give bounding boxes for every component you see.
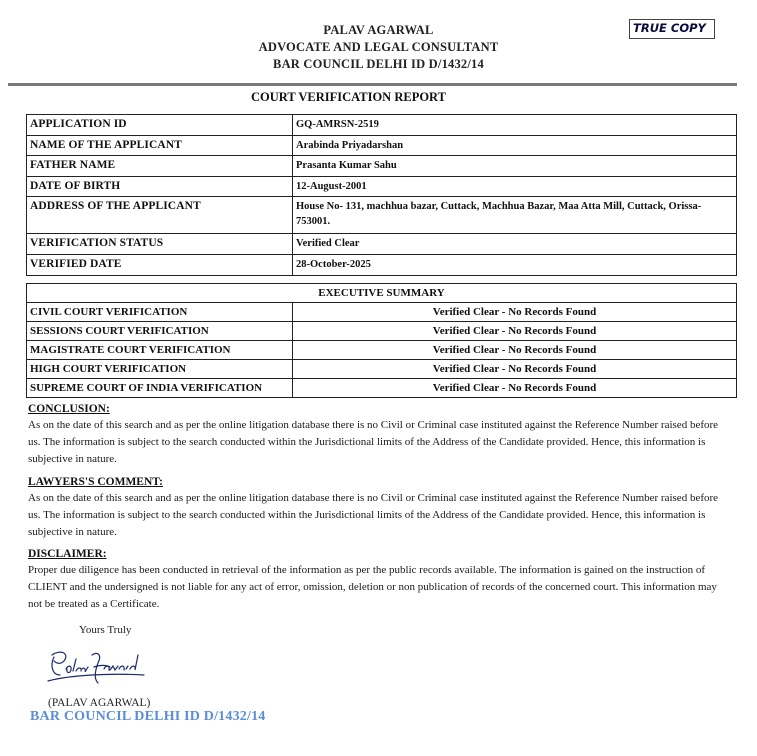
row-value: Verified Clear - No Records Found xyxy=(293,341,737,360)
table-row: HIGH COURT VERIFICATION Verified Clear -… xyxy=(27,360,737,379)
table-row: SESSIONS COURT VERIFICATION Verified Cle… xyxy=(27,322,737,341)
table-header-row: EXECUTIVE SUMMARY xyxy=(27,284,737,303)
table-row: ADDRESS OF THE APPLICANT House No- 131, … xyxy=(27,197,737,234)
signatory-bar-id: BAR COUNCIL DELHI ID D/1432/14 xyxy=(30,709,265,725)
conclusion-body: As on the date of this search and as per… xyxy=(28,417,728,468)
father-name-value: Prasanta Kumar Sahu xyxy=(293,156,737,177)
row-label: VERIFIED DATE xyxy=(27,255,293,276)
report-title-text: COURT VERIFICATION REPORT xyxy=(251,90,446,105)
closing-text: Yours Truly xyxy=(79,624,131,636)
table-row: NAME OF THE APPLICANT Arabinda Priyadars… xyxy=(27,135,737,156)
row-label: VERIFICATION STATUS xyxy=(27,234,293,255)
table-row: FATHER NAME Prasanta Kumar Sahu xyxy=(27,156,737,177)
row-label: FATHER NAME xyxy=(27,156,293,177)
verified-date-value: 28-October-2025 xyxy=(293,255,737,276)
row-value: Verified Clear - No Records Found xyxy=(293,360,737,379)
applicant-details-table: APPLICATION ID GQ-AMRSN-2519 NAME OF THE… xyxy=(26,114,737,276)
lawyers-comment-body: As on the date of this search and as per… xyxy=(28,490,728,541)
row-label: ADDRESS OF THE APPLICANT xyxy=(27,197,293,234)
header-divider xyxy=(8,83,737,86)
disclaimer-body: Proper due diligence has been conducted … xyxy=(28,562,728,613)
application-id-value: GQ-AMRSN-2519 xyxy=(293,115,737,136)
row-label: SESSIONS COURT VERIFICATION xyxy=(27,322,293,341)
conclusion-section: CONCLUSION: As on the date of this searc… xyxy=(28,402,728,468)
row-label: HIGH COURT VERIFICATION xyxy=(27,360,293,379)
disclaimer-section: DISCLAIMER: Proper due diligence has bee… xyxy=(28,547,728,613)
executive-summary-table: EXECUTIVE SUMMARY CIVIL COURT VERIFICATI… xyxy=(26,283,737,398)
row-label: NAME OF THE APPLICANT xyxy=(27,135,293,156)
table-row: DATE OF BIRTH 12-August-2001 xyxy=(27,176,737,197)
date-of-birth-value: 12-August-2001 xyxy=(293,176,737,197)
signature-icon xyxy=(40,645,160,690)
table-row: CIVIL COURT VERIFICATION Verified Clear … xyxy=(27,303,737,322)
row-value: Verified Clear - No Records Found xyxy=(293,322,737,341)
table-row: SUPREME COURT OF INDIA VERIFICATION Veri… xyxy=(27,379,737,398)
true-copy-stamp: TRUE COPY xyxy=(629,19,715,39)
signatory-name: (PALAV AGARWAL) xyxy=(48,697,150,709)
row-label: SUPREME COURT OF INDIA VERIFICATION xyxy=(27,379,293,398)
applicant-name-value: Arabinda Priyadarshan xyxy=(293,135,737,156)
advocate-designation: ADVOCATE AND LEGAL CONSULTANT xyxy=(0,39,757,56)
row-label: DATE OF BIRTH xyxy=(27,176,293,197)
table-row: VERIFICATION STATUS Verified Clear xyxy=(27,234,737,255)
disclaimer-title: DISCLAIMER: xyxy=(28,547,728,562)
row-label: MAGISTRATE COURT VERIFICATION xyxy=(27,341,293,360)
summary-heading: EXECUTIVE SUMMARY xyxy=(27,284,737,303)
conclusion-title: CONCLUSION: xyxy=(28,402,728,417)
address-value: House No- 131, machhua bazar, Cuttack, M… xyxy=(293,197,737,234)
row-value: Verified Clear - No Records Found xyxy=(293,379,737,398)
table-row: VERIFIED DATE 28-October-2025 xyxy=(27,255,737,276)
verification-status-value: Verified Clear xyxy=(293,234,737,255)
row-value: Verified Clear - No Records Found xyxy=(293,303,737,322)
report-title: COURT VERIFICATION REPORT xyxy=(0,90,697,105)
row-label: APPLICATION ID xyxy=(27,115,293,136)
lawyers-comment-title: LAWYERS'S COMMENT: xyxy=(28,475,728,490)
row-label: CIVIL COURT VERIFICATION xyxy=(27,303,293,322)
table-row: APPLICATION ID GQ-AMRSN-2519 xyxy=(27,115,737,136)
table-row: MAGISTRATE COURT VERIFICATION Verified C… xyxy=(27,341,737,360)
advocate-bar-id: BAR COUNCIL DELHI ID D/1432/14 xyxy=(0,56,757,73)
lawyers-comment-section: LAWYERS'S COMMENT: As on the date of thi… xyxy=(28,475,728,541)
